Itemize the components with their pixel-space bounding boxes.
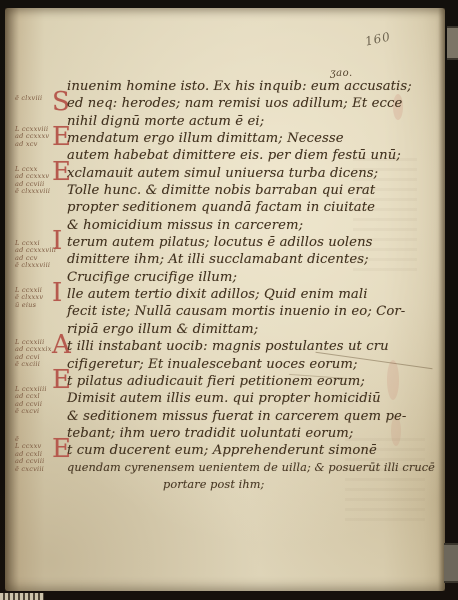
manuscript-line: Exclamauit autem simul uniuersa turba di… [67, 166, 411, 183]
line-text: inuenim homine isto. Ex his inquib: eum … [67, 79, 412, 94]
line-text: nihil dignū morte actum ē ei; [67, 114, 264, 129]
line-text: autem habebat dimittere eis. per diem fe… [67, 148, 401, 163]
parchment-page: 160 ʒao. ē clxviiiL ccxxviiiad ccxxxvad … [5, 8, 445, 591]
manuscript-line: dimittere ihm; At illi succlamabant dice… [67, 252, 411, 269]
margin-note-line: ē cxciii [15, 361, 52, 368]
manuscript-line: & homicidium missus in carcerem; [67, 218, 411, 235]
gospel-text-block: inuenim homine isto. Ex his inquib: eum … [67, 79, 411, 495]
margin-note-cluster: L ccxxiad ccxxxviiiad ccvē clxxxviii [15, 240, 56, 270]
manuscript-line: Sed neq: herodes; nam remisi uos adillum… [67, 96, 411, 113]
margin-note-line: ē clxviii [15, 95, 42, 102]
margin-note-line: ē clxxxviii [15, 188, 50, 195]
folio-number: 160 [364, 29, 392, 48]
line-text: ed neq: herodes; nam remisi uos adillum;… [67, 96, 402, 111]
manuscript-line: propter seditionem quandā factam in ciui… [67, 200, 411, 217]
manuscript-line: tebant; ihm uero tradidit uoluntati eoru… [67, 426, 411, 443]
line-text: dimittere ihm; At illi succlamabant dice… [67, 252, 369, 267]
rubric-initial: E [52, 444, 65, 454]
manuscript-line: Et cum ducerent eum; Apprehenderunt simo… [67, 443, 411, 460]
rubric-initial: S [52, 97, 65, 107]
line-text: lle autem tertio dixit adillos; Quid eni… [67, 287, 368, 302]
margin-note-line: ad xcv [15, 141, 49, 148]
manuscript-photo: 160 ʒao. ē clxviiiL ccxxviiiad ccxxxvad … [0, 0, 458, 600]
margin-note-cluster: L ccxxiiē clxxxvū eius [15, 287, 43, 309]
line-text: terum autem pilatus; locutus ē adillos u… [67, 235, 373, 250]
binding-thread-fragment [0, 593, 44, 600]
line-text: cifigeretur; Et inualescebant uoces eoru… [67, 357, 358, 372]
margin-note-cluster: L ccxxviiiad ccxxxvad xcv [15, 126, 49, 148]
manuscript-line: Tolle hunc. & dimitte nobis barraban qui… [67, 183, 411, 200]
manuscript-line: Dimisit autem illis eum. qui propter hom… [67, 391, 411, 408]
margin-note-cluster: L ccxxiiiad ccxxxixad ccviē cxciii [15, 339, 52, 369]
manuscript-line: cifigeretur; Et inualescebant uoces eoru… [67, 357, 411, 374]
margin-note-line: ē cxcvi [15, 408, 47, 415]
rubric-initial: I [52, 236, 65, 246]
line-text: quendam cyrenensem uenientem de uilla; &… [67, 461, 435, 474]
manuscript-line: fecit iste; Nullā causam mortis inuenio … [67, 304, 411, 321]
line-text: t cum ducerent eum; Apprehenderunt simon… [67, 443, 377, 458]
line-text: t pilatus adiudicauit fieri petitionem e… [67, 374, 365, 389]
margin-note-cluster: L ccxxad ccxxxvad ccviiiē clxxxviii [15, 166, 50, 196]
frame-clip-bottom-right [444, 543, 458, 583]
manuscript-line: Emendatum ergo illum dimittam; Necesse [67, 131, 411, 148]
manuscript-line: & seditionem missus fuerat in carcerem q… [67, 409, 411, 426]
frame-clip-top-right [447, 26, 458, 60]
line-text: xclamauit autem simul uniuersa turba dic… [67, 166, 378, 181]
line-text: portare post ihm; [163, 478, 264, 491]
margin-note-cluster: ēL ccxxvad ccxliad ccviiiē cxcviii [15, 436, 45, 473]
manuscript-line: ripiā ergo illum & dimittam; [67, 322, 411, 339]
rubric-initial: E [52, 375, 65, 385]
margin-note-line: ē clxxxviii [15, 262, 56, 269]
manuscript-line: portare post ihm; [67, 478, 411, 495]
manuscript-line: quendam cyrenensem uenientem de uilla; &… [67, 461, 411, 478]
manuscript-line: nihil dignū morte actum ē ei; [67, 114, 411, 131]
line-text: Crucifige crucifige illum; [67, 270, 237, 285]
line-text: mendatum ergo illum dimittam; Necesse [67, 131, 344, 146]
manuscript-line: At illi instabant uocib: magnis postulan… [67, 339, 411, 356]
rubric-initial: I [52, 288, 65, 298]
line-text: t illi instabant uocib: magnis postulant… [67, 339, 389, 354]
margin-note-cluster: ē clxviii [15, 95, 42, 102]
line-text: ripiā ergo illum & dimittam; [67, 322, 258, 337]
margin-note-cluster: L ccxxiiiiad ccxlad ccviiē cxcvi [15, 386, 47, 416]
manuscript-line: inuenim homine isto. Ex his inquib: eum … [67, 79, 411, 96]
line-text: Tolle hunc. & dimitte nobis barraban qui… [67, 183, 375, 198]
manuscript-line: Et pilatus adiudicauit fieri petitionem … [67, 374, 411, 391]
line-text: propter seditionem quandā factam in ciui… [67, 200, 375, 215]
line-text: & homicidium missus in carcerem; [67, 218, 303, 233]
manuscript-line: Crucifige crucifige illum; [67, 270, 411, 287]
rubric-initial: E [52, 167, 65, 177]
manuscript-line: Ille autem tertio dixit adillos; Quid en… [67, 287, 411, 304]
line-text: Dimisit autem illis eum. qui propter hom… [67, 391, 381, 406]
line-text: tebant; ihm uero tradidit uoluntati eoru… [67, 426, 353, 441]
margin-note-line: ē cxcviii [15, 466, 45, 473]
margin-note-line: ū eius [15, 302, 43, 309]
line-text: & seditionem missus fuerat in carcerem q… [67, 409, 406, 424]
rubric-initial: A [52, 340, 65, 350]
quire-mark: ʒao. [330, 68, 353, 79]
rubric-initial: E [52, 132, 65, 142]
manuscript-line: Iterum autem pilatus; locutus ē adillos … [67, 235, 411, 252]
manuscript-line: autem habebat dimittere eis. per diem fe… [67, 148, 411, 165]
page-right-edge [438, 8, 445, 591]
line-text: fecit iste; Nullā causam mortis inuenio … [67, 304, 405, 319]
